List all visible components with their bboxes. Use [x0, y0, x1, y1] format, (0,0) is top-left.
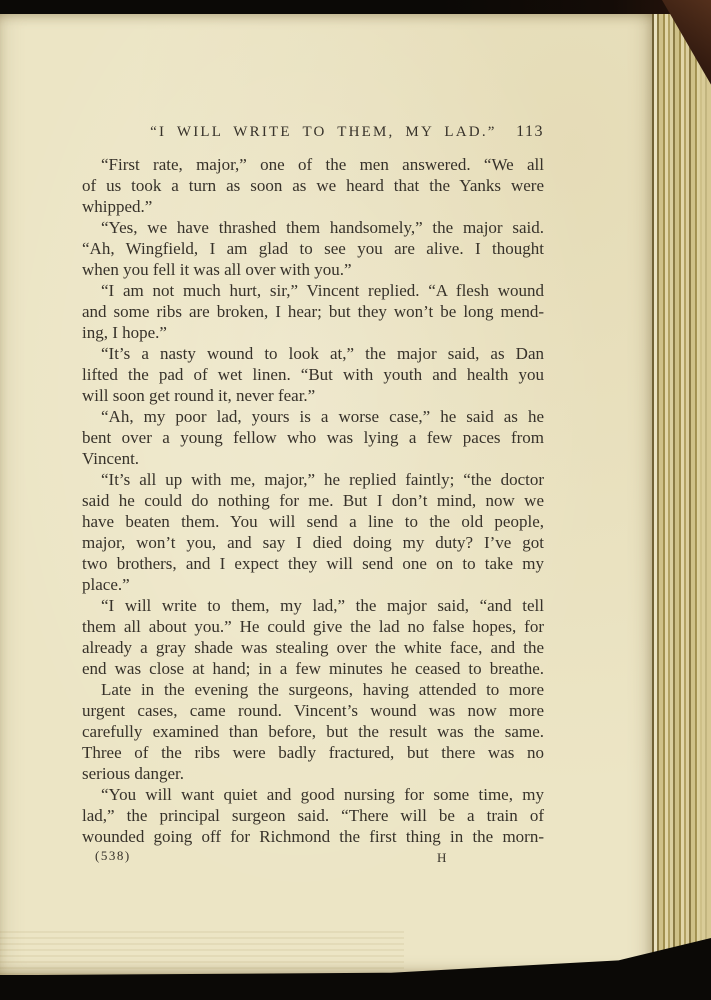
paragraph: “You will want quiet and good nursing fo…: [82, 784, 544, 847]
text-line: “First rate, major,” one of the men answ…: [82, 154, 544, 175]
text-line: Three of the ribs were badly fractured, …: [82, 742, 544, 763]
text-line: already a gray shade was stealing over t…: [82, 637, 544, 658]
text-line: them all about you.” He could give the l…: [82, 616, 544, 637]
paragraph: “I will write to them, my lad,” the majo…: [82, 595, 544, 679]
text-line: “Ah, Wingfield, I am glad to see you are…: [82, 238, 544, 259]
printed-text-block: “I WILL WRITE TO THEM, MY LAD.” 113 “Fir…: [82, 121, 544, 868]
backdrop-top-band: [0, 0, 711, 14]
text-line: place.”: [82, 574, 544, 595]
page-body: “First rate, major,” one of the men answ…: [82, 154, 544, 847]
text-line: carefully examined than before, but the …: [82, 721, 544, 742]
page-number: 113: [516, 121, 544, 143]
text-line: lad,” the principal surgeon said. “There…: [82, 805, 544, 826]
paragraph: “I am not much hurt, sir,” Vincent repli…: [82, 280, 544, 343]
text-line: Late in the evening the surgeons, having…: [82, 679, 544, 700]
text-line: “I will write to them, my lad,” the majo…: [82, 595, 544, 616]
paragraph: “It’s a nasty wound to look at,” the maj…: [82, 343, 544, 406]
text-line: end was close at hand; in a few minutes …: [82, 658, 544, 679]
page-footer: (538) H: [82, 848, 544, 868]
paragraph: Late in the evening the surgeons, having…: [82, 679, 544, 784]
text-line: “Ah, my poor lad, yours is a worse case,…: [82, 406, 544, 427]
text-line: “Yes, we have thrashed them handsomely,”…: [82, 217, 544, 238]
running-head: “I WILL WRITE TO THEM, MY LAD.” 113: [82, 121, 544, 143]
text-line: whipped.”: [82, 196, 544, 217]
text-line: lifted the pad of wet linen. “But with y…: [82, 364, 544, 385]
book-page: “I WILL WRITE TO THEM, MY LAD.” 113 “Fir…: [0, 13, 652, 975]
text-line: “I am not much hurt, sir,” Vincent repli…: [82, 280, 544, 301]
text-line: two brothers, and I expect they will sen…: [82, 553, 544, 574]
running-head-title: “I WILL WRITE TO THEM, MY LAD.”: [150, 121, 497, 143]
text-line: urgent cases, came round. Vincent’s woun…: [82, 700, 544, 721]
text-line: wounded going off for Richmond the first…: [82, 826, 544, 847]
paragraph: “Yes, we have thrashed them handsomely,”…: [82, 217, 544, 280]
text-line: and some ribs are broken, I hear; but th…: [82, 301, 544, 322]
text-line: major, won’t you, and say I died doing m…: [82, 532, 544, 553]
text-line: Vincent.: [82, 448, 544, 469]
text-line: “It’s a nasty wound to look at,” the maj…: [82, 343, 544, 364]
book-scan-canvas: “I WILL WRITE TO THEM, MY LAD.” 113 “Fir…: [0, 0, 711, 1000]
text-line: when you fell it was all over with you.”: [82, 259, 544, 280]
text-line: “You will want quiet and good nursing fo…: [82, 784, 544, 805]
text-line: will soon get round it, never fear.”: [82, 385, 544, 406]
text-line: bent over a young fellow who was lying a…: [82, 427, 544, 448]
book-fore-edge-pages: [652, 9, 711, 961]
text-line: have beaten them. You will send a line t…: [82, 511, 544, 532]
text-line: ing, I hope.”: [82, 322, 544, 343]
paragraph: “Ah, my poor lad, yours is a worse case,…: [82, 406, 544, 469]
paragraph: “It’s all up with me, major,” he replied…: [82, 469, 544, 595]
text-line: of us took a turn as soon as we heard th…: [82, 175, 544, 196]
text-line: said he could do nothing for me. But I d…: [82, 490, 544, 511]
text-line: “It’s all up with me, major,” he replied…: [82, 469, 544, 490]
paragraph: “First rate, major,” one of the men answ…: [82, 154, 544, 217]
signature-mark: H: [437, 850, 447, 866]
plate-number: (538): [95, 848, 131, 864]
text-line: serious danger.: [82, 763, 544, 784]
